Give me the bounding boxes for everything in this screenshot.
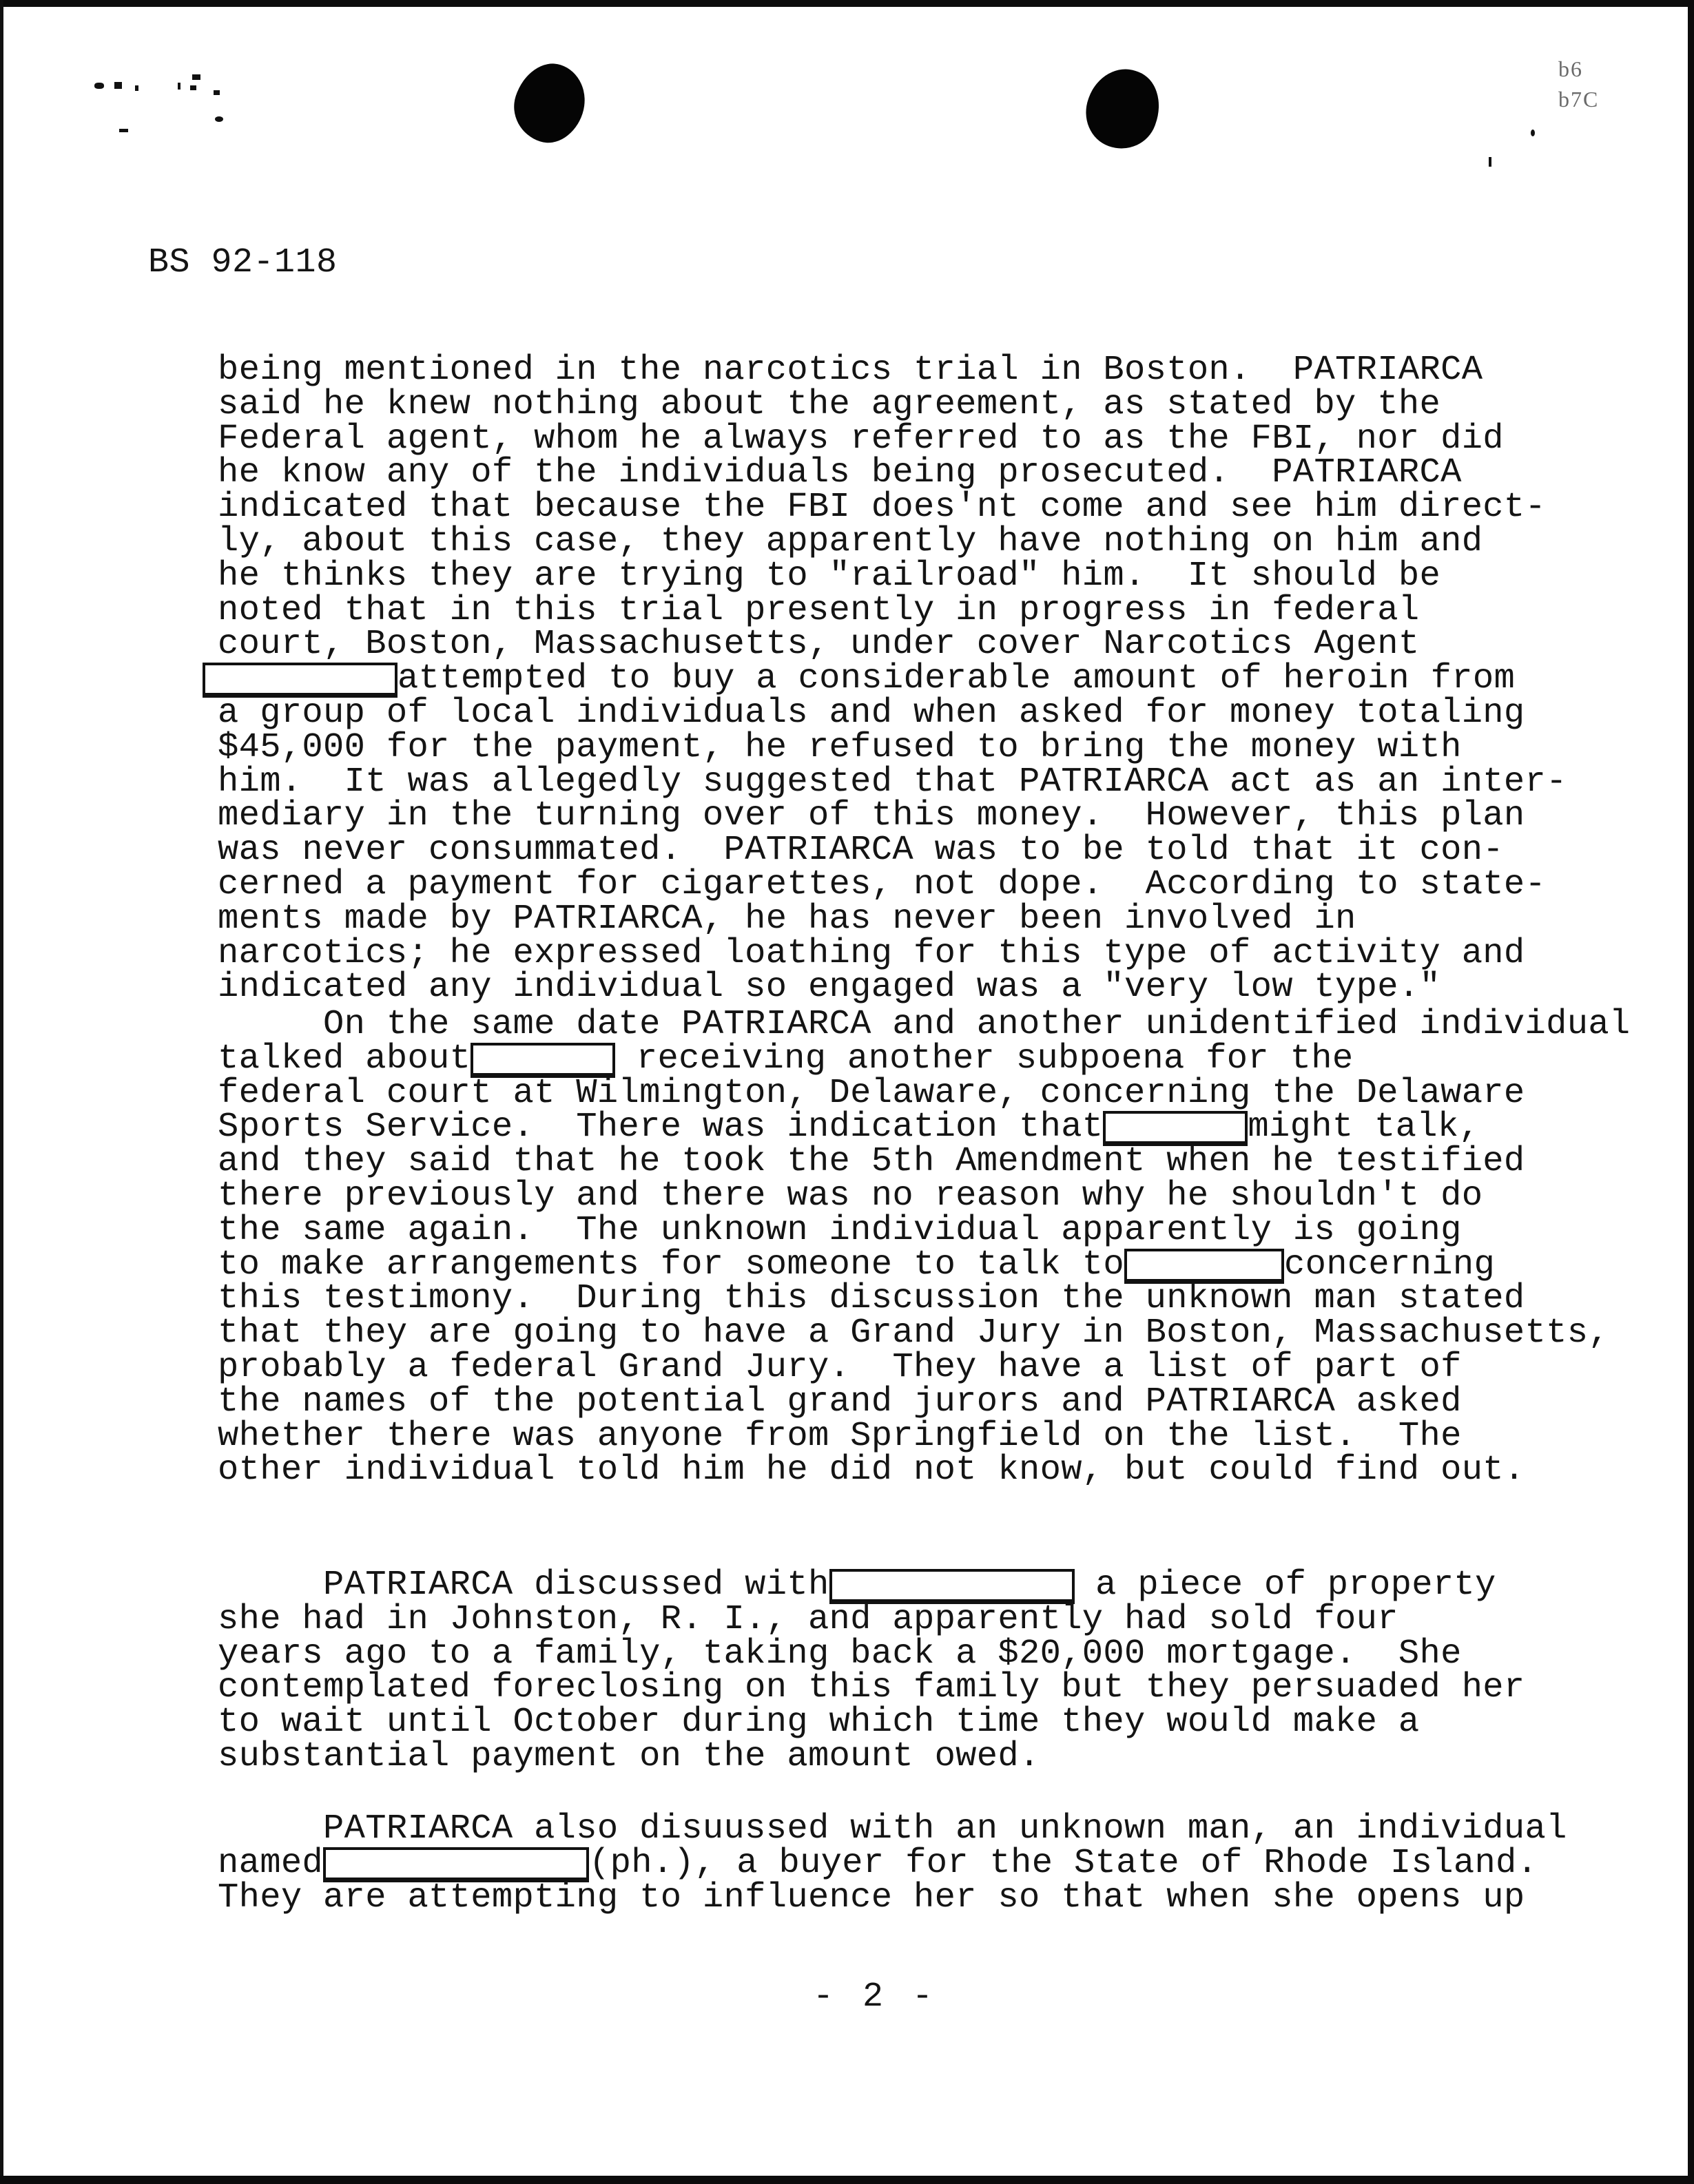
text-line: he know any of the individuals being pro…: [218, 455, 1462, 491]
redaction-box: [1103, 1111, 1248, 1146]
punch-hole-right: [1075, 59, 1170, 159]
text-segment: $45,000 for the payment, he refused to b…: [218, 728, 1462, 767]
text-segment: PATRIARCA also disuussed with an unknown…: [218, 1809, 1567, 1849]
text-segment: a group of local individuals and when as…: [218, 694, 1525, 733]
page-number: - 2 -: [813, 1978, 937, 2017]
text-segment: narcotics; he expressed loathing for thi…: [218, 934, 1525, 973]
scan-speck: [119, 129, 128, 132]
text-line: court, Boston, Massachusetts, under cove…: [218, 627, 1419, 663]
text-segment: noted that in this trial presently in pr…: [218, 591, 1419, 630]
redaction-box: [1124, 1249, 1284, 1284]
text-segment: he know any of the individuals being pro…: [218, 453, 1462, 492]
punch-hole-left: [505, 54, 595, 151]
text-line: contemplated foreclosing on this family …: [218, 1670, 1525, 1706]
text-segment: a piece of property: [1075, 1566, 1496, 1605]
document-page: b6 b7C BS 92-118 being mentioned in the …: [0, 0, 1694, 2184]
text-segment: federal court at Wilmington, Delaware, c…: [218, 1074, 1525, 1113]
redaction-box: [323, 1847, 589, 1882]
text-segment: there previously and there was no reason…: [218, 1176, 1483, 1216]
scan-speck: [178, 83, 180, 90]
scan-speck: [135, 85, 138, 91]
text-line: to wait until October during which time …: [218, 1705, 1419, 1740]
text-line: attempted to buy a considerable amount o…: [218, 661, 1515, 697]
text-line: cerned a payment for cigarettes, not dop…: [218, 867, 1546, 903]
text-line: the same again. The unknown individual a…: [218, 1213, 1462, 1249]
text-segment: to make arrangements for someone to talk…: [218, 1245, 1124, 1285]
text-segment: They are attempting to influence her so …: [218, 1878, 1525, 1917]
scan-speck: [114, 82, 122, 89]
text-line: and they said that he took the 5th Amend…: [218, 1144, 1525, 1180]
text-line: said he knew nothing about the agreement…: [218, 387, 1440, 423]
text-segment: receiving another subpoena for the: [615, 1039, 1353, 1079]
text-line: this testimony. During this discussion t…: [218, 1281, 1525, 1317]
text-segment: other individual told him he did not kno…: [218, 1450, 1525, 1490]
scan-speck: [94, 83, 104, 89]
scan-edge-bottom: [0, 2176, 1694, 2184]
text-segment: ly, about this case, they apparently hav…: [218, 522, 1483, 561]
exemption-code-b7c: b7C: [1558, 84, 1599, 114]
text-line: to make arrangements for someone to talk…: [218, 1247, 1495, 1283]
text-line: probably a federal Grand Jury. They have…: [218, 1350, 1462, 1386]
text-segment: indicated any individual so engaged was …: [218, 968, 1440, 1007]
text-line: there previously and there was no reason…: [218, 1178, 1483, 1214]
redaction-box: [203, 663, 397, 698]
text-line: that they are going to have a Grand Jury…: [218, 1315, 1609, 1351]
text-segment: he thinks they are trying to "railroad" …: [218, 557, 1440, 596]
text-segment: On the same date PATRIARCA and another u…: [218, 1005, 1631, 1044]
text-segment: PATRIARCA discussed with: [218, 1566, 829, 1605]
text-line: other individual told him he did not kno…: [218, 1453, 1525, 1488]
text-line: named(ph.), a buyer for the State of Rho…: [218, 1846, 1538, 1882]
text-line: mediary in the turning over of this mone…: [218, 798, 1525, 834]
scan-speck: [1489, 157, 1491, 167]
text-segment: indicated that because the FBI does'nt c…: [218, 488, 1546, 527]
text-line: On the same date PATRIARCA and another u…: [218, 1007, 1631, 1043]
text-segment: substantial payment on the amount owed.: [218, 1737, 1040, 1776]
text-segment: whether there was anyone from Springfiel…: [218, 1417, 1462, 1456]
text-line: Sports Service. There was indication tha…: [218, 1110, 1480, 1145]
text-line: PATRIARCA discussed with a piece of prop…: [218, 1568, 1496, 1603]
text-segment: attempted to buy a considerable amount o…: [397, 659, 1515, 698]
text-segment: (ph.), a buyer for the State of Rhode Is…: [589, 1844, 1538, 1883]
scan-speck: [1531, 129, 1535, 136]
text-line: federal court at Wilmington, Delaware, c…: [218, 1076, 1525, 1112]
text-segment: the same again. The unknown individual a…: [218, 1211, 1462, 1250]
text-line: ly, about this case, they apparently hav…: [218, 524, 1483, 560]
text-line: substantial payment on the amount owed.: [218, 1739, 1040, 1775]
text-line: $45,000 for the payment, he refused to b…: [218, 730, 1462, 766]
text-line: whether there was anyone from Springfiel…: [218, 1419, 1462, 1455]
text-segment: she had in Johnston, R. I., and apparent…: [218, 1600, 1398, 1639]
text-segment: him. It was allegedly suggested that PAT…: [218, 762, 1567, 802]
text-segment: named: [218, 1844, 323, 1883]
text-line: years ago to a family, taking back a $20…: [218, 1636, 1462, 1672]
text-segment: probably a federal Grand Jury. They have…: [218, 1348, 1462, 1387]
text-line: They are attempting to influence her so …: [218, 1880, 1525, 1916]
text-segment: concerning: [1284, 1245, 1495, 1285]
text-line: noted that in this trial presently in pr…: [218, 593, 1419, 629]
text-segment: Federal agent, whom he always referred t…: [218, 419, 1504, 459]
redaction-box: [471, 1043, 615, 1078]
scan-speck: [214, 90, 220, 95]
text-segment: mediary in the turning over of this mone…: [218, 796, 1525, 835]
scan-edge-right: [1688, 0, 1694, 2184]
text-segment: contemplated foreclosing on this family …: [218, 1668, 1525, 1707]
text-line: him. It was allegedly suggested that PAT…: [218, 765, 1567, 800]
text-line: ments made by PATRIARCA, he has never be…: [218, 902, 1356, 937]
text-line: he thinks they are trying to "railroad" …: [218, 559, 1440, 594]
text-segment: ments made by PATRIARCA, he has never be…: [218, 899, 1356, 939]
text-line: was never consummated. PATRIARCA was to …: [218, 833, 1504, 869]
text-line: PATRIARCA also disuussed with an unknown…: [218, 1811, 1567, 1847]
text-line: indicated that because the FBI does'nt c…: [218, 490, 1546, 526]
text-segment: was never consummated. PATRIARCA was to …: [218, 831, 1504, 870]
text-segment: years ago to a family, taking back a $20…: [218, 1634, 1462, 1674]
text-segment: court, Boston, Massachusetts, under cove…: [218, 625, 1419, 664]
exemption-code-b6: b6: [1558, 54, 1599, 84]
text-line: talked about receiving another subpoena …: [218, 1041, 1353, 1077]
text-line: narcotics; he expressed loathing for thi…: [218, 936, 1525, 972]
redaction-box: [829, 1569, 1075, 1604]
scan-speck: [192, 74, 200, 80]
text-segment: cerned a payment for cigarettes, not dop…: [218, 865, 1546, 904]
scan-edge-top: [0, 0, 1694, 7]
scan-speck: [215, 116, 223, 122]
foia-exemption-codes: b6 b7C: [1558, 54, 1599, 114]
text-line: Federal agent, whom he always referred t…: [218, 422, 1504, 457]
text-segment: to wait until October during which time …: [218, 1703, 1419, 1742]
text-line: she had in Johnston, R. I., and apparent…: [218, 1602, 1398, 1638]
text-segment: said he knew nothing about the agreement…: [218, 385, 1440, 424]
scan-edge-left: [0, 0, 3, 2184]
text-line: indicated any individual so engaged was …: [218, 970, 1440, 1006]
file-number: BS 92-118: [148, 242, 338, 284]
text-segment: talked about: [218, 1039, 471, 1079]
text-segment: and they said that he took the 5th Amend…: [218, 1142, 1525, 1181]
text-line: being mentioned in the narcotics trial i…: [218, 353, 1483, 388]
text-segment: Sports Service. There was indication tha…: [218, 1107, 1103, 1147]
text-line: a group of local individuals and when as…: [218, 696, 1525, 731]
text-segment: might talk,: [1248, 1107, 1480, 1147]
text-segment: this testimony. During this discussion t…: [218, 1279, 1525, 1318]
scan-speck: [190, 85, 196, 90]
text-segment: the names of the potential grand jurors …: [218, 1382, 1462, 1422]
text-segment: that they are going to have a Grand Jury…: [218, 1313, 1609, 1353]
text-line: the names of the potential grand jurors …: [218, 1384, 1462, 1420]
text-segment: being mentioned in the narcotics trial i…: [218, 351, 1483, 390]
